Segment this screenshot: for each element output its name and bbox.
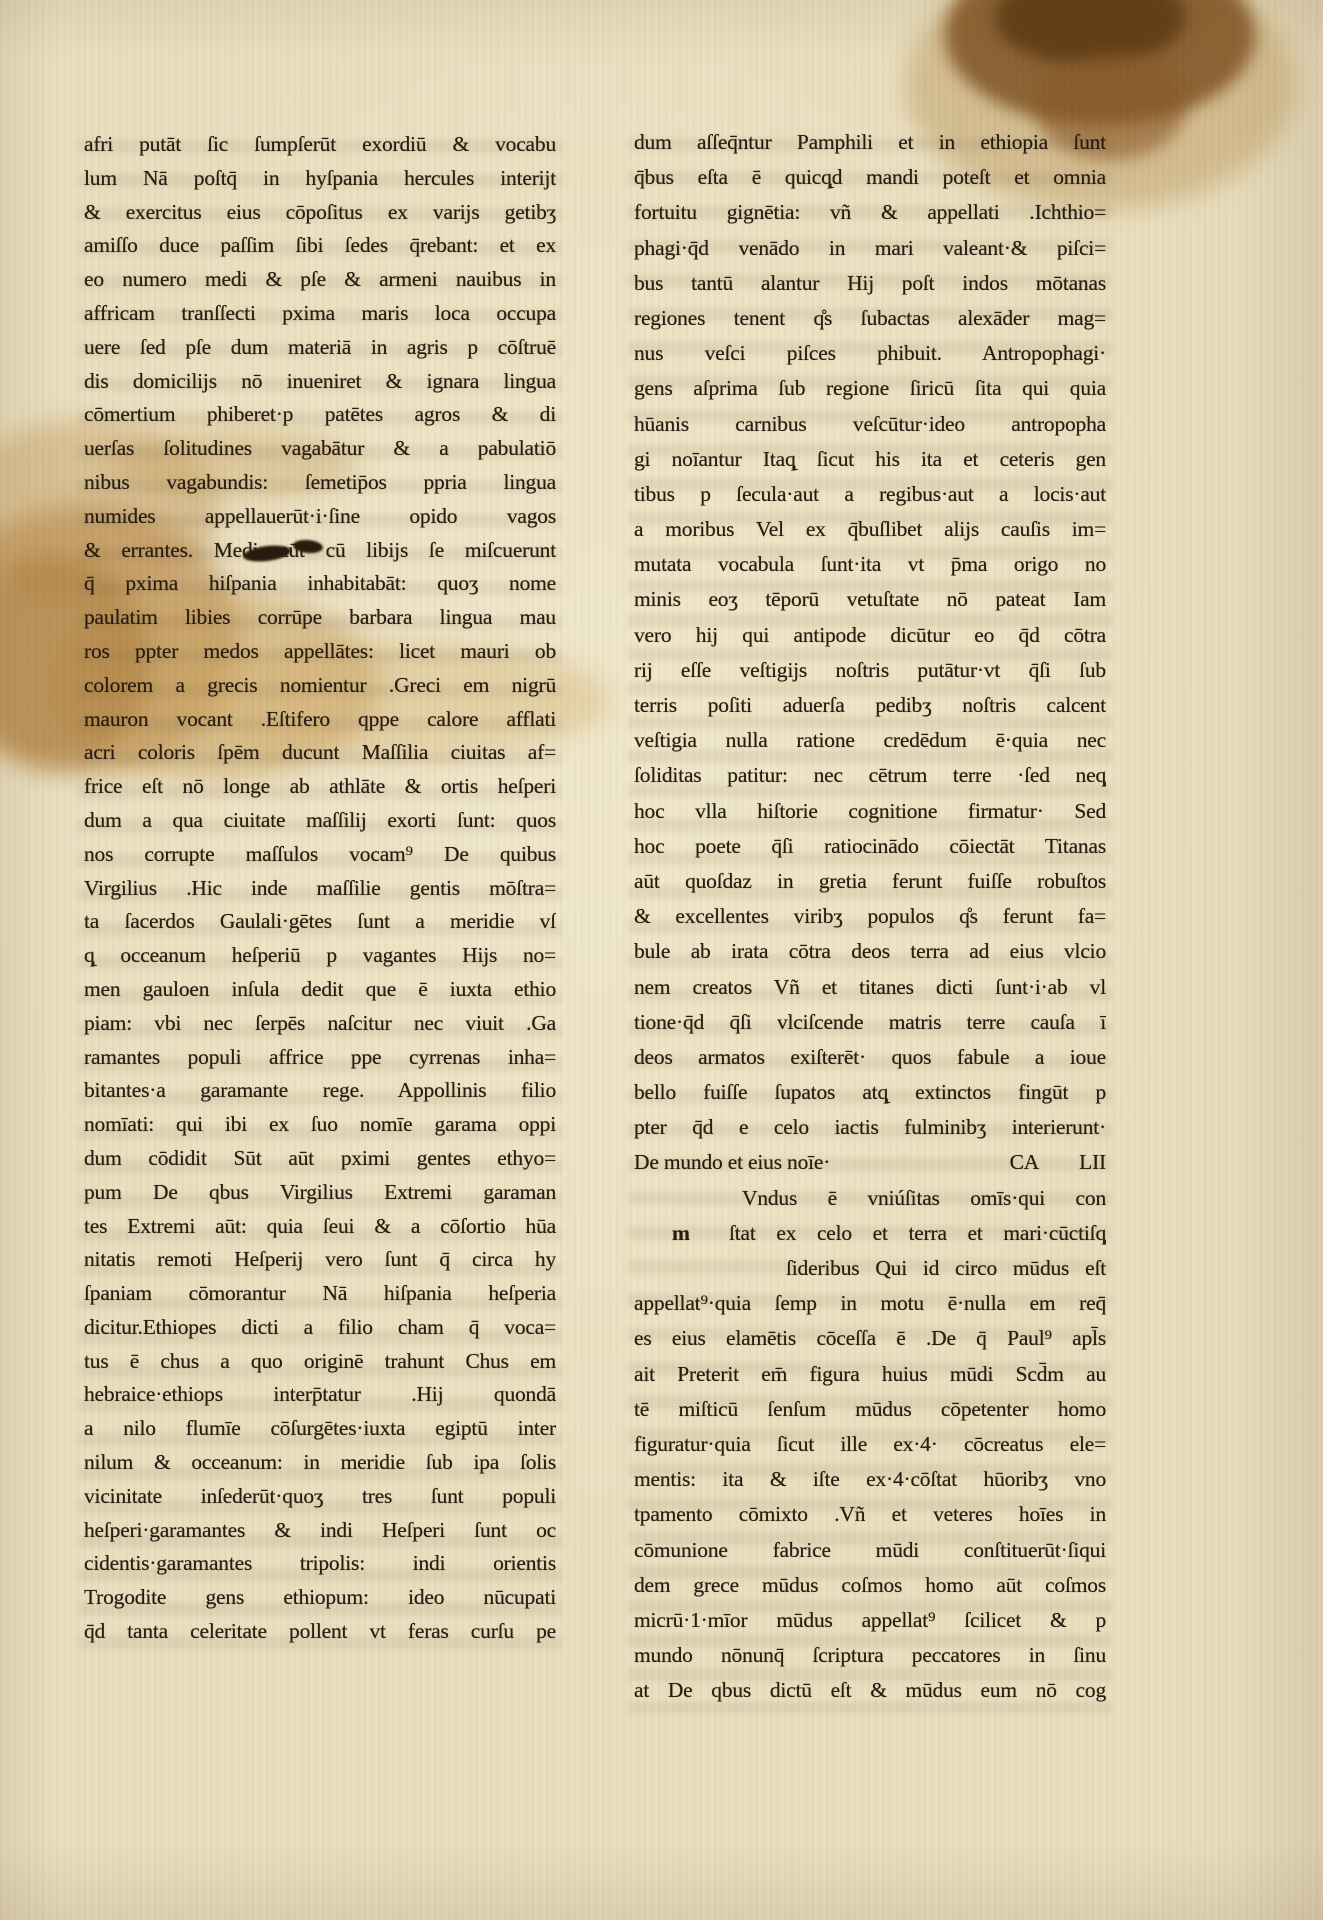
text-line: mauron vocant .Eſtifero qppe calore affl… — [84, 707, 556, 741]
text-line: tes Extremi aūt: quia ſeui & a cōſortio … — [84, 1214, 556, 1248]
text-line: paulatim libies corrūpe barbara lingua m… — [84, 605, 556, 639]
text-line: gi noīantur Itaq̨ ſicut his ita et ceter… — [634, 447, 1106, 482]
text-line: men gauloen inſula dedit que ē iuxta eth… — [84, 977, 556, 1011]
text-line: hūanis carnibus veſcūtur·ideo antropopha — [634, 412, 1106, 447]
text-line: heſperi·garamantes & indi Heſperi ſunt o… — [84, 1518, 556, 1552]
text-line: es eius elamētis cōceſſa ē .De q̄ Paul⁹ … — [634, 1326, 1106, 1361]
text-line: tione·q̄d q̄ſi vlciſcende matris terre c… — [634, 1010, 1106, 1045]
text-line: veſtigia nulla ratione credēdum ē·quia n… — [634, 728, 1106, 763]
text-line: q̄bus eſta ē quicq̨d mandi poteſt et omn… — [634, 165, 1106, 200]
text-line: a nilo flumīe cōſurgētes·iuxta egiptū in… — [84, 1416, 556, 1450]
text-line: bule ab irata cōtra deos terra ad eius v… — [634, 939, 1106, 974]
text-line: dis domicilijs nō inueniret & ignara lin… — [84, 369, 556, 403]
text-line: nilum & occeanum: in meridie ſub ipa ſol… — [84, 1450, 556, 1484]
text-line: hoc vlla hiſtorie cognitione firmatur· S… — [634, 799, 1106, 834]
text-line: tpamento cōmixto .Vñ et veteres hoīes in — [634, 1502, 1106, 1537]
text-line: lum Nā poſtq̄ in hyſpania hercules inter… — [84, 166, 556, 200]
text-line: q̄ pxima hiſpania inhabitabāt: quoʒ nome — [84, 571, 556, 605]
text-line: tus ē chus a quo originē trahunt Chus em — [84, 1349, 556, 1383]
text-line: ros ppter medos appellātes: licet mauri … — [84, 639, 556, 673]
chapter-opening-line: Vndus ē vniúſitas omīs·qui con — [634, 1186, 1106, 1221]
text-line: eo numero medi & pſe & armeni nauibus in — [84, 267, 556, 301]
text-line: dem grece mūdus coſmos homo aūt coſmos — [634, 1573, 1106, 1608]
text-line: rij eſſe veſtigijs noſtris putātur·vt q̄… — [634, 658, 1106, 693]
text-line: bitantes·a garamante rege. Appollinis fi… — [84, 1078, 556, 1112]
text-line: bus tantū alantur Hij poſt indos mōtanas — [634, 271, 1106, 306]
text-line: dicitur.Ethiopes dicti a filio cham q̄ v… — [84, 1315, 556, 1349]
text-line: afri putāt ſic ſumpſerūt exordiū & vocab… — [84, 132, 556, 166]
text-line: micrū·1·mīor mūdus appellat⁹ ſcilicet & … — [634, 1608, 1106, 1643]
text-line: at De qbus dictū eſt & mūdus eum nō cog — [634, 1678, 1106, 1713]
text-line: pum De qbus Virgilius Extremi garaman — [84, 1180, 556, 1214]
chapter-title: De mundo et eius noīe· — [634, 1150, 830, 1175]
text-line: colorem a grecis nomientur .Greci em nig… — [84, 673, 556, 707]
text-column-left: afri putāt ſic ſumpſerūt exordiū & vocab… — [84, 132, 556, 1653]
text-line: tibus p ſecula·aut a regibus·aut a locis… — [634, 482, 1106, 517]
text-line: affricam tranſſecti pxima maris loca occ… — [84, 301, 556, 335]
text-line: ſpaniam cōmorantur Nā hiſpania heſperia — [84, 1281, 556, 1315]
text-line: q̄d tanta celeritate pollent vt feras cu… — [84, 1619, 556, 1653]
right-column-lower-text: appellat⁹·quia ſemp in motu ē·nulla em r… — [634, 1291, 1106, 1713]
text-line: dum aſſeq̄ntur Pamphili et in ethiopia ſ… — [634, 130, 1106, 165]
text-line: bello fuiſſe ſupatos atq̨ extinctos fing… — [634, 1080, 1106, 1115]
text-line: nus veſci piſces phibuit. Antropophagi· — [634, 341, 1106, 376]
text-line: nem creatos Vñ et titanes dicti ſunt·i·a… — [634, 975, 1106, 1010]
initial-guide-letter: m — [672, 1221, 690, 1246]
text-line: hoc poete q̄ſi ratiocinādo cōiectāt Tita… — [634, 834, 1106, 869]
text-line: hebraice·ethiops interp̄tatur .Hij quond… — [84, 1382, 556, 1416]
text-line: Trogodite gens ethiopum: ideo nūcupati — [84, 1585, 556, 1619]
text-line: nibus vagabundis: ſemetip̄os ppria lingu… — [84, 470, 556, 504]
text-line: mentis: ita & iſte ex·4·cōſtat hūoribʒ v… — [634, 1467, 1106, 1502]
text-line: mundo nōnunq̄ ſcriptura peccatores in ſi… — [634, 1643, 1106, 1678]
text-line: minis eoʒ tēporū vetuſtate nō pateat Iam — [634, 587, 1106, 622]
text-line: nos corrupte maſſulos vocam⁹ De quibus — [84, 842, 556, 876]
text-line: figuratur·quia ſicut ille ex·4· cōcreatu… — [634, 1432, 1106, 1467]
text-line: fortuitu gignētia: vñ & appellati .Ichth… — [634, 200, 1106, 235]
text-line: cōmertium phiberet·p patētes agros & di — [84, 402, 556, 436]
text-line: phagi·q̄d venādo in mari valeant·& piſci… — [634, 236, 1106, 271]
chapter-opening-text: ſtat ex celo et terra et mari·cūctiſq̨ — [729, 1221, 1106, 1245]
text-line: nitatis remoti Heſperij vero ſunt q̄ cir… — [84, 1247, 556, 1281]
text-line: acri coloris ſpēm ducunt Maſſilia ciuita… — [84, 740, 556, 774]
text-line: Virgilius .Hic inde maſſilie gentis mōſt… — [84, 876, 556, 910]
text-line: nomīati: qui ibi ex ſuo nomīe garama opp… — [84, 1112, 556, 1146]
text-line: q̨ occeanum heſperiū p vagantes Hijs no= — [84, 943, 556, 977]
text-line: dum a qua ciuitate maſſilij exorti ſunt:… — [84, 808, 556, 842]
right-column-upper-text: dum aſſeq̄ntur Pamphili et in ethiopia ſ… — [634, 130, 1106, 1150]
text-line: mutata vocabula ſunt·ita vt p̄ma origo n… — [634, 552, 1106, 587]
chapter-number: LII — [1079, 1150, 1106, 1175]
text-line: piam: vbi nec ſerpēs naſcitur nec viuit … — [84, 1011, 556, 1045]
text-line: ſoliditas patitur: nec cētrum terre ·ſed… — [634, 763, 1106, 798]
text-column-right: dum aſſeq̄ntur Pamphili et in ethiopia ſ… — [634, 130, 1106, 1713]
text-line: & exercitus eius cōpoſitus ex varijs get… — [84, 200, 556, 234]
text-line: amiſſo duce paſſim ſibi ſedes q̄rebant: … — [84, 233, 556, 267]
text-line: frice eſt nō longe ab athlāte & ortis he… — [84, 774, 556, 808]
text-line: cidentis·garamantes tripolis: indi orien… — [84, 1551, 556, 1585]
text-line: ta ſacerdos Gaulali·gētes ſunt a meridie… — [84, 909, 556, 943]
text-line: terris poſiti aduerſa pedibʒ noſtris cal… — [634, 693, 1106, 728]
text-line: & excellentes viribʒ populos q̊s ferunt … — [634, 904, 1106, 939]
text-line: vero hij qui antipode dicūtur eo q̄d cōt… — [634, 623, 1106, 658]
text-line: a moribus Vel ex q̄buſlibet alijs cauſis… — [634, 517, 1106, 552]
text-line: uerſas ſolitudines vagabātur & a pabulat… — [84, 436, 556, 470]
chapter-label: CA — [1010, 1150, 1039, 1175]
text-line: cōmunione fabrice mūdi conſtituerūt·ſiqu… — [634, 1538, 1106, 1573]
text-line: appellat⁹·quia ſemp in motu ē·nulla em r… — [634, 1291, 1106, 1326]
chapter-opening-line: m ſtat ex celo et terra et mari·cūctiſq̨ — [634, 1221, 1106, 1256]
text-line: uere ſed pſe dum materiā in agris p cōſt… — [84, 335, 556, 369]
text-line: regiones tenent q̊s ſubactas alexāder ma… — [634, 306, 1106, 341]
text-line: ait Preterit em̄ figura huius mūdi Scd̄m… — [634, 1362, 1106, 1397]
text-line: numides appellauerūt·i·ſine opido vagos — [84, 504, 556, 538]
chapter-opening-line: ſideribus Qui id circo mūdus eſt — [634, 1256, 1106, 1291]
stain-top-right-core — [995, 0, 1185, 65]
text-line: pter q̄d e celo iactis fulminibʒ interie… — [634, 1115, 1106, 1150]
text-line: tē miſticū ſenſum mūdus cōpetenter homo — [634, 1397, 1106, 1432]
book-page: afri putāt ſic ſumpſerūt exordiū & vocab… — [0, 0, 1323, 1920]
text-line: gens aſprima ſub regione ſiricū ſita qui… — [634, 376, 1106, 411]
text-line: aūt quoſdaz in gretia ferunt fuiſſe robu… — [634, 869, 1106, 904]
text-line: dum cōdidit Sūt aūt pximi gentes ethyo= — [84, 1146, 556, 1180]
chapter-heading: De mundo et eius noīe· CA LII — [634, 1150, 1106, 1185]
text-line: deos armatos exiſterēt· quos fabule a io… — [634, 1045, 1106, 1080]
text-line: ramantes populi affrice ppe cyrrenas inh… — [84, 1045, 556, 1079]
text-line: vicinitate inſederūt·quoʒ tres ſunt popu… — [84, 1484, 556, 1518]
stain-top-right — [945, 0, 1255, 125]
